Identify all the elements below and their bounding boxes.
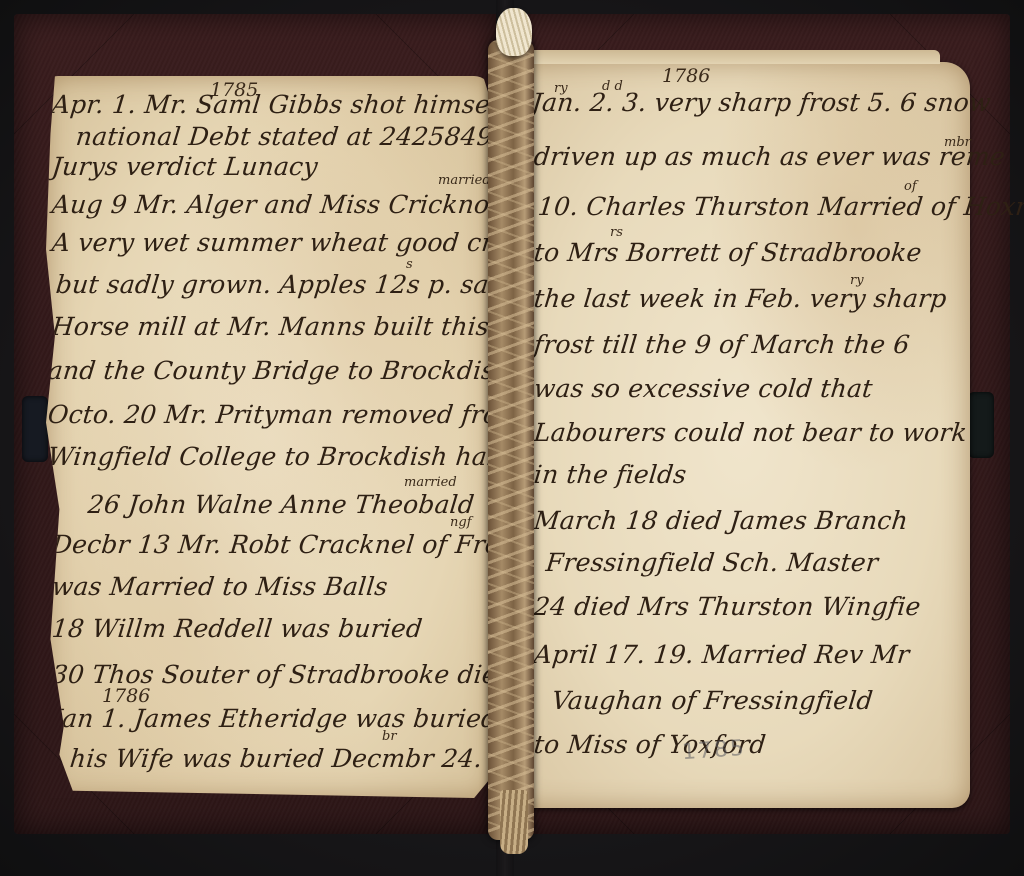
text-line: in the fields — [532, 460, 688, 490]
text-line: the last week in Feb. very sharp — [532, 284, 948, 314]
text-line: but sadly grown. Apples 12s p. sack — [54, 270, 519, 300]
text-line: Octo. 20 Mr. Prityman removed from — [46, 400, 523, 430]
text-line: 10. Charles Thurston Married of Hoxne — [536, 192, 1024, 222]
text-line: 26 John Walne Anne Theobald — [86, 490, 475, 520]
text-line: Apr. 1. Mr. Saml Gibbs shot himself — [50, 90, 509, 120]
text-line: to Mrs Borrett of Stradbrooke — [532, 238, 923, 268]
text-line: frost till the 9 of March the 6 — [532, 330, 911, 360]
thread-knot — [496, 8, 532, 56]
text-line: Vaughan of Fressingfield — [550, 686, 874, 716]
sewn-spine — [488, 40, 534, 840]
page-block-edge — [518, 50, 940, 64]
manuscript-photo: 1785 Apr. 1. Mr. Saml Gibbs shot himself… — [0, 0, 1024, 876]
text-line: Jan 1. James Etheridge was buried — [50, 704, 499, 734]
text-line: Wingfield College to Brockdish hall — [46, 442, 505, 472]
thread-tail — [500, 790, 528, 854]
text-line: 24 died Mrs Thurston Wingfie — [532, 592, 922, 622]
text-line: March 18 died James Branch — [532, 506, 909, 536]
text-line: Aug 9 Mr. Alger and Miss Cricknore — [50, 190, 518, 220]
text-line: Labourers could not bear to work — [532, 418, 968, 448]
text-line: Jan. 2. 3. very sharp frost 5. 6 snow — [530, 88, 992, 118]
text-line: his Wife was buried Decmbr 24. 1785 — [68, 744, 556, 774]
text-line: driven up as much as ever was reme — [532, 142, 1006, 172]
married-annotation: married — [438, 174, 491, 188]
right-page: 1786 ry d d Jan. 2. 3. very sharp frost … — [512, 62, 970, 808]
br-annotation: br — [382, 730, 397, 744]
left-page: 1785 Apr. 1. Mr. Saml Gibbs shot himself… — [46, 76, 492, 798]
text-line: was Married to Miss Balls — [50, 572, 389, 602]
text-line: Fressingfield Sch. Master — [544, 548, 879, 578]
text-line: A very wet summer wheat good crop — [50, 228, 526, 258]
text-line: April 17. 19. Married Rev Mr — [532, 640, 910, 670]
text-line: 18 Willm Reddell was buried — [50, 614, 423, 644]
year-annotation: 1786 — [662, 66, 710, 86]
text-line: and the County Bridge to Brockdish — [46, 356, 512, 386]
cloth-tab-right — [968, 392, 994, 458]
text-line: was so excessive cold that — [532, 374, 874, 404]
text-line: Jurys verdict Lunacy — [50, 152, 319, 182]
year-annotation: 1786 — [102, 686, 150, 706]
ngf-annotation: ngf — [450, 516, 472, 530]
text-line: national Debt stated at 242584986 — [74, 122, 526, 152]
married-annotation: married — [404, 476, 457, 490]
text-line: Decbr 13 Mr. Robt Cracknel of Fressi — [50, 530, 535, 560]
cloth-tab-left — [22, 396, 48, 462]
pencil-note: 1785 — [681, 736, 747, 765]
